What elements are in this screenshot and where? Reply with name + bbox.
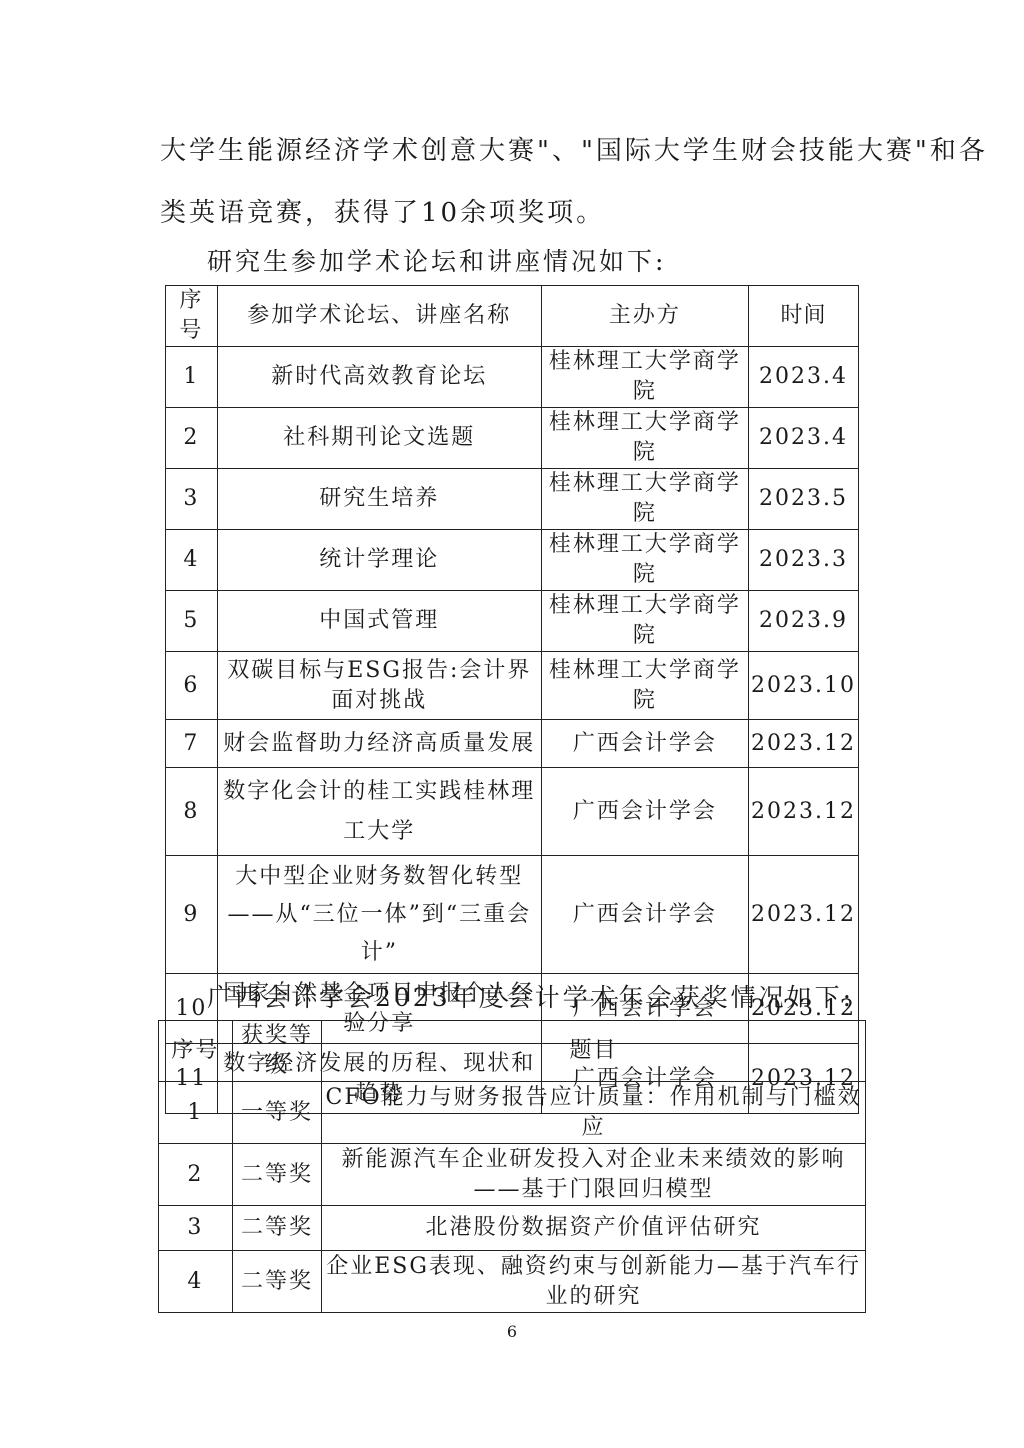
forum-table-caption: 研究生参加学术论坛和讲座情况如下: (207, 242, 666, 278)
cell-time: 2023.4 (748, 347, 858, 408)
cell-no: 9 (166, 856, 218, 974)
cell-no: 6 (166, 652, 218, 720)
cell-name: 研究生培养 (217, 469, 541, 530)
cell-name: 中国式管理 (217, 591, 541, 652)
cell-level: 二等奖 (232, 1144, 321, 1206)
cell-title: CFO能力与财务报告应计质量：作用机制与门槛效应 (322, 1082, 866, 1144)
table-row: 2 二等奖 新能源汽车企业研发投入对企业未来绩效的影响——基于门限回归模型 (159, 1144, 866, 1206)
cell-time: 2023.3 (748, 530, 858, 591)
cell-level: 二等奖 (232, 1251, 321, 1313)
cell-host: 桂林理工大学商学院 (541, 530, 748, 591)
cell-title: 新能源汽车企业研发投入对企业未来绩效的影响——基于门限回归模型 (322, 1144, 866, 1206)
cell-no: 3 (159, 1206, 233, 1251)
cell-time: 2023.10 (748, 652, 858, 720)
cell-host: 桂林理工大学商学院 (541, 408, 748, 469)
header-host: 主办方 (541, 286, 748, 347)
table-row: 3 二等奖 北港股份数据资产价值评估研究 (159, 1206, 866, 1251)
cell-no: 2 (159, 1144, 233, 1206)
cell-name: 大中型企业财务数智化转型——从“三位一体”到“三重会计” (217, 856, 541, 974)
cell-time: 2023.5 (748, 469, 858, 530)
cell-time: 2023.12 (748, 856, 858, 974)
cell-name: 新时代高效教育论坛 (217, 347, 541, 408)
cell-host: 广西会计学会 (541, 856, 748, 974)
cell-no: 4 (166, 530, 218, 591)
table-header-row: 序号 参加学术论坛、讲座名称 主办方 时间 (166, 286, 859, 347)
cell-name: 数字化会计的桂工实践桂林理工大学 (217, 768, 541, 856)
award-table-caption: 广西会计学会2023年度会计学术年会获奖情况如下: (207, 978, 854, 1014)
cell-no: 1 (159, 1082, 233, 1144)
table-row: 7 财会监督助力经济高质量发展 广西会计学会 2023.12 (166, 720, 859, 768)
cell-no: 2 (166, 408, 218, 469)
table-row: 9 大中型企业财务数智化转型——从“三位一体”到“三重会计” 广西会计学会 20… (166, 856, 859, 974)
cell-level: 一等奖 (232, 1082, 321, 1144)
cell-name: 统计学理论 (217, 530, 541, 591)
cell-host: 桂林理工大学商学院 (541, 469, 748, 530)
cell-time: 2023.12 (748, 768, 858, 856)
table-row: 2 社科期刊论文选题 桂林理工大学商学院 2023.4 (166, 408, 859, 469)
table-row: 6 双碳目标与ESG报告:会计界面对挑战 桂林理工大学商学院 2023.10 (166, 652, 859, 720)
cell-no: 3 (166, 469, 218, 530)
header-time: 时间 (748, 286, 858, 347)
table-row: 3 研究生培养 桂林理工大学商学院 2023.5 (166, 469, 859, 530)
table-header-row: 序号 获奖等级 题目 (159, 1021, 866, 1082)
cell-time: 2023.9 (748, 591, 858, 652)
cell-no: 4 (159, 1251, 233, 1313)
cell-name: 财会监督助力经济高质量发展 (217, 720, 541, 768)
cell-host: 桂林理工大学商学院 (541, 347, 748, 408)
cell-host: 广西会计学会 (541, 720, 748, 768)
cell-no: 1 (166, 347, 218, 408)
table-row: 4 统计学理论 桂林理工大学商学院 2023.3 (166, 530, 859, 591)
cell-time: 2023.4 (748, 408, 858, 469)
cell-name: 社科期刊论文选题 (217, 408, 541, 469)
cell-title: 北港股份数据资产价值评估研究 (322, 1206, 866, 1251)
cell-no: 8 (166, 768, 218, 856)
table-row: 8 数字化会计的桂工实践桂林理工大学 广西会计学会 2023.12 (166, 768, 859, 856)
cell-host: 广西会计学会 (541, 768, 748, 856)
cell-time: 2023.12 (748, 720, 858, 768)
table-row: 1 一等奖 CFO能力与财务报告应计质量：作用机制与门槛效应 (159, 1082, 866, 1144)
table-row: 4 二等奖 企业ESG表现、融资约束与创新能力—基于汽车行业的研究 (159, 1251, 866, 1313)
header-no: 序号 (166, 286, 218, 347)
table-row: 1 新时代高效教育论坛 桂林理工大学商学院 2023.4 (166, 347, 859, 408)
header-no: 序号 (159, 1021, 233, 1082)
cell-name: 双碳目标与ESG报告:会计界面对挑战 (217, 652, 541, 720)
cell-level: 二等奖 (232, 1206, 321, 1251)
paragraph-line-2: 类英语竞赛，获得了10余项奖项。 (160, 192, 880, 229)
cell-host: 桂林理工大学商学院 (541, 591, 748, 652)
cell-host: 桂林理工大学商学院 (541, 652, 748, 720)
page-number: 6 (0, 1322, 1024, 1341)
header-level: 获奖等级 (232, 1021, 321, 1082)
table-row: 5 中国式管理 桂林理工大学商学院 2023.9 (166, 591, 859, 652)
header-title: 题目 (322, 1021, 866, 1082)
award-table: 序号 获奖等级 题目 1 一等奖 CFO能力与财务报告应计质量：作用机制与门槛效… (158, 1020, 866, 1313)
header-name: 参加学术论坛、讲座名称 (217, 286, 541, 347)
cell-no: 5 (166, 591, 218, 652)
paragraph-line-1: 大学生能源经济学术创意大赛"、"国际大学生财会技能大赛"和各 (160, 130, 880, 167)
cell-no: 7 (166, 720, 218, 768)
cell-title: 企业ESG表现、融资约束与创新能力—基于汽车行业的研究 (322, 1251, 866, 1313)
